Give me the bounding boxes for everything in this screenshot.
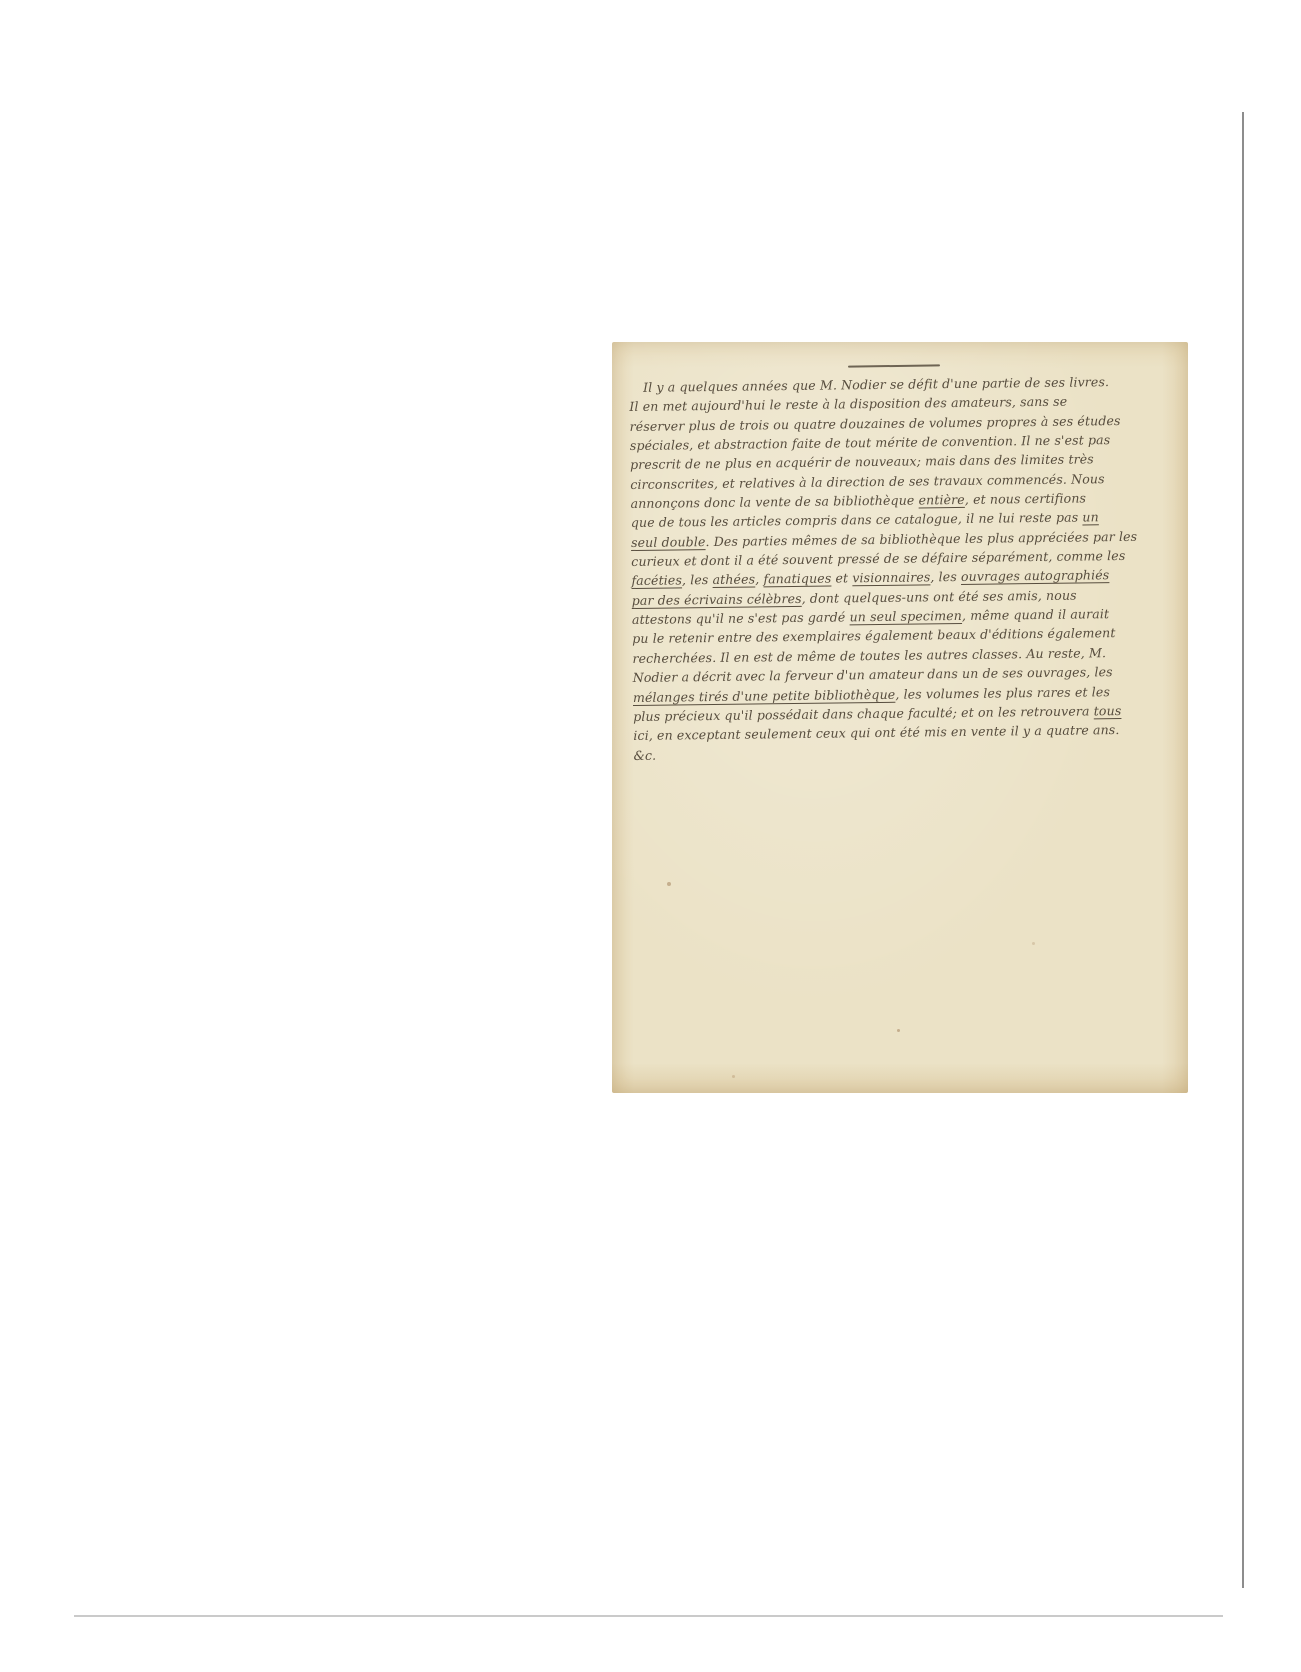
manuscript-text: Il y a quelques années que M. Nodier se …	[629, 371, 1186, 765]
ink-heading-rule	[848, 364, 940, 367]
paper-speck	[1032, 942, 1035, 945]
manuscript-scan: Il y a quelques années que M. Nodier se …	[612, 342, 1188, 1093]
paper-speck	[667, 882, 671, 886]
paper-speck	[897, 1029, 900, 1032]
footer-divider-line	[74, 1615, 1223, 1617]
vertical-divider-line	[1242, 112, 1244, 1588]
page: Il y a quelques années que M. Nodier se …	[0, 0, 1301, 1672]
paper-speck	[732, 1075, 735, 1078]
